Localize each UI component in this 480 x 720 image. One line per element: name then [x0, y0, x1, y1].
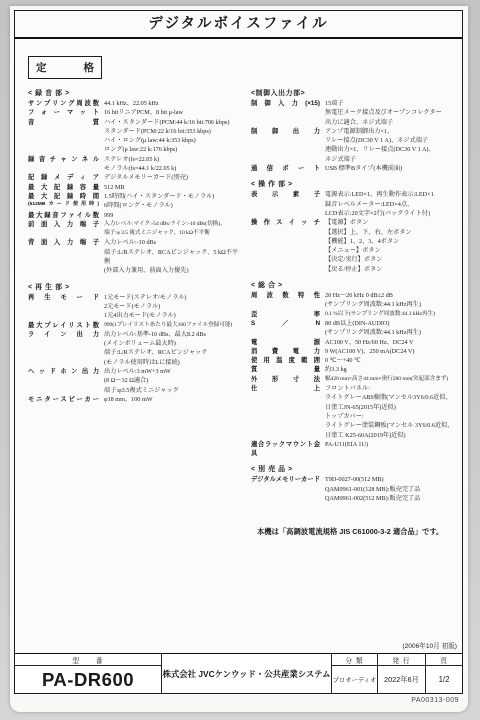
- spec-value: φ18 mm、100 mW: [104, 395, 242, 404]
- spec-row: 音質 ハイ・スタンダード(PCM:44 k/16 bit:706 kbps) ス…: [28, 118, 242, 155]
- spec-label: 消費電力: [251, 347, 325, 356]
- left-column: < 録 音 部 > サンプリング周波数 44.1 kHz、22.05 kHz フ…: [28, 89, 242, 510]
- spec-row: デジタルメモリーカード T9D-0027-00(512 MB) QAM0961-…: [251, 475, 460, 503]
- spec-value: 約3.3 kg: [325, 365, 460, 374]
- spec-row: 操作スイッチ 【電源】ボタン 【選択】上、下、右、左ボタン 【機能】1、2、3、…: [251, 218, 460, 274]
- spec-value: 【電源】ボタン 【選択】上、下、右、左ボタン 【機能】1、2、3、4ボタン 【メ…: [325, 218, 460, 274]
- spec-label: 最大プレイリスト数: [28, 321, 104, 330]
- page-title: デジタルボイスファイル: [15, 11, 462, 39]
- spec-label: 音質: [28, 118, 104, 127]
- section-recording: < 録 音 部 > サンプリング周波数 44.1 kHz、22.05 kHz フ…: [28, 89, 242, 276]
- spec-sheet-page: デジタルボイスファイル 定 格 < 録 音 部 > サンプリング周波数 44.1…: [10, 6, 468, 712]
- category-value: プロオーディオ: [332, 666, 378, 693]
- spec-value: ハイ・スタンダード(PCM:44 k/16 bit:706 kbps) スタンダ…: [104, 118, 242, 155]
- spec-label: フォーマット: [28, 108, 104, 117]
- spec-label: 操作スイッチ: [251, 218, 325, 227]
- issue-date: 2022年6月: [378, 666, 426, 693]
- spec-value: 1元モード(ステレオ/モノラル) 2元モード(モノラル) 1元4出力モード(モノ…: [104, 293, 242, 321]
- section-control-io: <制御入出力部> 制御入力(×15) 15端子 無電圧メーク接点及びオープンコレ…: [251, 89, 460, 173]
- spec-value: 512 MB: [104, 183, 242, 192]
- section-heading: < 録 音 部 >: [28, 89, 242, 99]
- spec-row: 最大プレイリスト数 999(1プレイリストあたり最大100ファイル登録可能): [28, 321, 242, 330]
- spec-row: 外形寸法 幅420 mm×高さ44 mm×奥行280 mm(突起部含まず): [251, 375, 460, 384]
- section-general: < 総 合 > 周波数特性 20 Hz～20 kHz 0 dB±2 dB (サン…: [251, 281, 460, 458]
- spec-value: 80 dB以上(DIN-AUDIO) (サンプリング周波数:44.1 kHz再生…: [325, 319, 460, 338]
- compliance-note: 本機は「高調波電流規格 JIS C61000-3-2 適合品」です。: [257, 526, 463, 537]
- document-number: PA00313-009: [411, 697, 459, 704]
- spec-main-border: デジタルボイスファイル 定 格 < 録 音 部 > サンプリング周波数 44.1…: [14, 10, 463, 694]
- spec-label-sub: (512MBカード使用時): [28, 201, 99, 209]
- spec-value: 44.1 kHz、22.05 kHz: [104, 99, 242, 108]
- spec-label-main: 最大記録時間: [28, 192, 99, 201]
- footer-table: 型 番 株式会社 JVCケンウッド・公共産業システム 分 類 発 行 頁 PA-…: [15, 653, 462, 693]
- spec-label: 再生モード: [28, 293, 104, 302]
- spec-row: ヘッドホン出力 出力レベル:3 mW+3 mW (8 Ω～32 Ω適合) 端子:…: [28, 367, 242, 395]
- spec-label: 使用温度範囲: [251, 356, 325, 365]
- spec-label: 背面入力端子: [28, 238, 104, 247]
- spec-row: 消費電力 9 W(AC100 V)、250 mA(DC24 V): [251, 347, 460, 356]
- spec-label: ライン出力: [28, 330, 104, 339]
- spec-label: 録音チャンネル: [28, 155, 104, 164]
- spec-label: ヘッドホン出力: [28, 367, 104, 376]
- spec-row: 適合ラックマウント金具 PA-U11(EIA 1U): [251, 440, 460, 459]
- spec-label: 適合ラックマウント金具: [251, 440, 325, 459]
- spec-row: モニタースピーカー φ18 mm、100 mW: [28, 395, 242, 404]
- section-playback: < 再 生 部 > 再生モード 1元モード(ステレオ/モノラル) 2元モード(モ…: [28, 283, 242, 405]
- section-heading: < 総 合 >: [251, 281, 460, 291]
- spec-row: 表示素子 電源表示:LED×1、再生動作表示:LED×1 録音レベルメーター:L…: [251, 190, 460, 218]
- spec-value: 幅420 mm×高さ44 mm×奥行280 mm(突起部含まず): [325, 375, 460, 384]
- spec-row: サンプリング周波数 44.1 kHz、22.05 kHz: [28, 99, 242, 108]
- issue-header: 発 行: [378, 654, 426, 666]
- spec-label: 周波数特性: [251, 291, 325, 300]
- spec-row: 仕上 フロントパネル: ライトグレーABS樹脂(マンセル3Y6/0.6近似、 日…: [251, 384, 460, 440]
- spec-label: サンプリング周波数: [28, 99, 104, 108]
- spec-value: ステレオ(fs=22.05 k) モノラル(fs=44.1 k/22.05 k): [104, 155, 242, 174]
- page-number: 1/2: [426, 666, 462, 693]
- spec-value: 1.5時間(ハイ・スタンダード・モノラル) 6時間(ロング・モノラル): [104, 192, 242, 211]
- spec-row: 最大記録容量 512 MB: [28, 183, 242, 192]
- spec-value: フロントパネル: ライトグレーABS樹脂(マンセル3Y6/0.6近似、 日塗工J…: [325, 384, 460, 440]
- spec-row: 前面入力端子 入力レベル:マイク:-54 dBs/ライン:-10 dBs(切換)…: [28, 220, 242, 239]
- section-heading: < 別 売 品 >: [251, 465, 460, 475]
- section-heading: < 再 生 部 >: [28, 283, 242, 293]
- spec-value: 999(1プレイリストあたり最大100ファイル登録可能): [104, 321, 242, 330]
- spec-label: 外形寸法: [251, 375, 325, 384]
- spec-value: 999: [104, 211, 242, 220]
- model-number: PA-DR600: [15, 666, 162, 693]
- section-operation: < 操 作 部 > 表示素子 電源表示:LED×1、再生動作表示:LED×1 録…: [251, 180, 460, 274]
- section-options: < 別 売 品 > デジタルメモリーカード T9D-0027-00(512 MB…: [251, 465, 460, 503]
- spec-row: 再生モード 1元モード(ステレオ/モノラル) 2元モード(モノラル) 1元4出力…: [28, 293, 242, 321]
- right-column: <制御入出力部> 制御入力(×15) 15端子 無電圧メーク接点及びオープンコレ…: [251, 89, 460, 510]
- spec-value: 0.1 %以下(サンプリング周波数:44.1 kHz再生): [325, 310, 460, 319]
- section-heading: < 操 作 部 >: [251, 180, 460, 190]
- spec-value: 出力レベル:基準-10 dBs、最大8.2 dBs (メインボリューム最大時) …: [104, 330, 242, 367]
- spec-value: T9D-0027-00(512 MB) QAM0961-001(128 MB):…: [325, 475, 460, 503]
- spec-value: 0 ℃～+40 ℃: [325, 356, 460, 365]
- spec-row: 最大記録時間 (512MBカード使用時) 1.5時間(ハイ・スタンダード・モノラ…: [28, 192, 242, 211]
- spec-value: AC100 V、50 Hz/60 Hz、DC24 V: [325, 338, 460, 347]
- spec-value: アンプ電源制御出力×1、 リレー接点(DC30 V 1 A)、ネジ式端子 連動出…: [325, 127, 460, 164]
- spec-label: S／N: [251, 319, 325, 328]
- spec-label: 質量: [251, 365, 325, 374]
- spec-label: 電源: [251, 338, 325, 347]
- spec-row: 制御入力(×15) 15端子 無電圧メーク接点及びオープンコレクター 出力に適合…: [251, 99, 460, 127]
- spec-value: 16 bitリニアPCM、8 bit μ-law: [104, 108, 242, 117]
- spec-value: 入力レベル:-10 dBs 端子:L/Rステレオ、RCAピンジャック、5 kΩ不…: [104, 238, 242, 275]
- spec-label: 最大記録時間 (512MBカード使用時): [28, 192, 104, 209]
- spec-label: デジタルメモリーカード: [251, 475, 325, 484]
- spec-row: 使用温度範囲 0 ℃～+40 ℃: [251, 356, 460, 365]
- spec-label: 仕上: [251, 384, 325, 393]
- spec-row: フォーマット 16 bitリニアPCM、8 bit μ-law: [28, 108, 242, 117]
- spec-row: 歪率 0.1 %以下(サンプリング周波数:44.1 kHz再生): [251, 310, 460, 319]
- spec-value: 入力レベル:マイク:-54 dBs/ライン:-10 dBs(切換)、 端子:φ …: [104, 220, 242, 239]
- spec-label: 制御入力(×15): [251, 99, 325, 108]
- spec-row: 質量 約3.3 kg: [251, 365, 460, 374]
- spec-label: 記録メディア: [28, 173, 104, 182]
- company-name: 株式会社 JVCケンウッド・公共産業システム: [162, 654, 332, 693]
- spec-value: 20 Hz～20 kHz 0 dB±2 dB (サンプリング周波数:44.1 k…: [325, 291, 460, 310]
- spec-row: 最大録音ファイル数 999: [28, 211, 242, 220]
- spec-row: 背面入力端子 入力レベル:-10 dBs 端子:L/Rステレオ、RCAピンジャッ…: [28, 238, 242, 275]
- spec-row: 電源 AC100 V、50 Hz/60 Hz、DC24 V: [251, 338, 460, 347]
- page-header: 頁: [426, 654, 462, 666]
- model-header: 型 番: [15, 654, 162, 666]
- spec-value: PA-U11(EIA 1U): [325, 440, 460, 449]
- spec-label: 最大記録容量: [28, 183, 104, 192]
- section-heading: <制御入出力部>: [251, 89, 460, 99]
- spec-value: デジタルメモリーカード(別売): [104, 173, 242, 182]
- spec-label: 通信ポート: [251, 164, 325, 173]
- spec-row: 記録メディア デジタルメモリーカード(別売): [28, 173, 242, 182]
- spec-row: 通信ポート USB 標準Bタイプ(本機前面): [251, 164, 460, 173]
- spec-row: S／N 80 dB以上(DIN-AUDIO) (サンプリング周波数:44.1 k…: [251, 319, 460, 338]
- spec-row: 制御出力 アンプ電源制御出力×1、 リレー接点(DC30 V 1 A)、ネジ式端…: [251, 127, 460, 164]
- spec-row: 周波数特性 20 Hz～20 kHz 0 dB±2 dB (サンプリング周波数:…: [251, 291, 460, 310]
- spec-value: 9 W(AC100 V)、250 mA(DC24 V): [325, 347, 460, 356]
- category-header: 分 類: [332, 654, 378, 666]
- spec-value: 電源表示:LED×1、再生動作表示:LED×1 録音レベルメーター:LED×4点…: [325, 190, 460, 218]
- spec-label: 前面入力端子: [28, 220, 104, 229]
- spec-label: 表示素子: [251, 190, 325, 199]
- spec-columns: < 録 音 部 > サンプリング周波数 44.1 kHz、22.05 kHz フ…: [28, 89, 460, 510]
- spec-label: 歪率: [251, 310, 325, 319]
- spec-label: 最大録音ファイル数: [28, 211, 104, 220]
- spec-label: 制御出力: [251, 127, 325, 136]
- spec-value: 出力レベル:3 mW+3 mW (8 Ω～32 Ω適合) 端子:φ3.5複式ミニ…: [104, 367, 242, 395]
- spec-value: USB 標準Bタイプ(本機前面): [325, 164, 460, 173]
- spec-label: モニタースピーカー: [28, 395, 104, 404]
- edition-note: (2006年10月 初版): [402, 640, 457, 650]
- spec-row: 録音チャンネル ステレオ(fs=22.05 k) モノラル(fs=44.1 k/…: [28, 155, 242, 174]
- spec-row: ライン出力 出力レベル:基準-10 dBs、最大8.2 dBs (メインボリュー…: [28, 330, 242, 367]
- spec-value: 15端子 無電圧メーク接点及びオープンコレクター 出力に適合、ネジ式端子: [325, 99, 460, 127]
- rating-heading: 定 格: [28, 56, 102, 79]
